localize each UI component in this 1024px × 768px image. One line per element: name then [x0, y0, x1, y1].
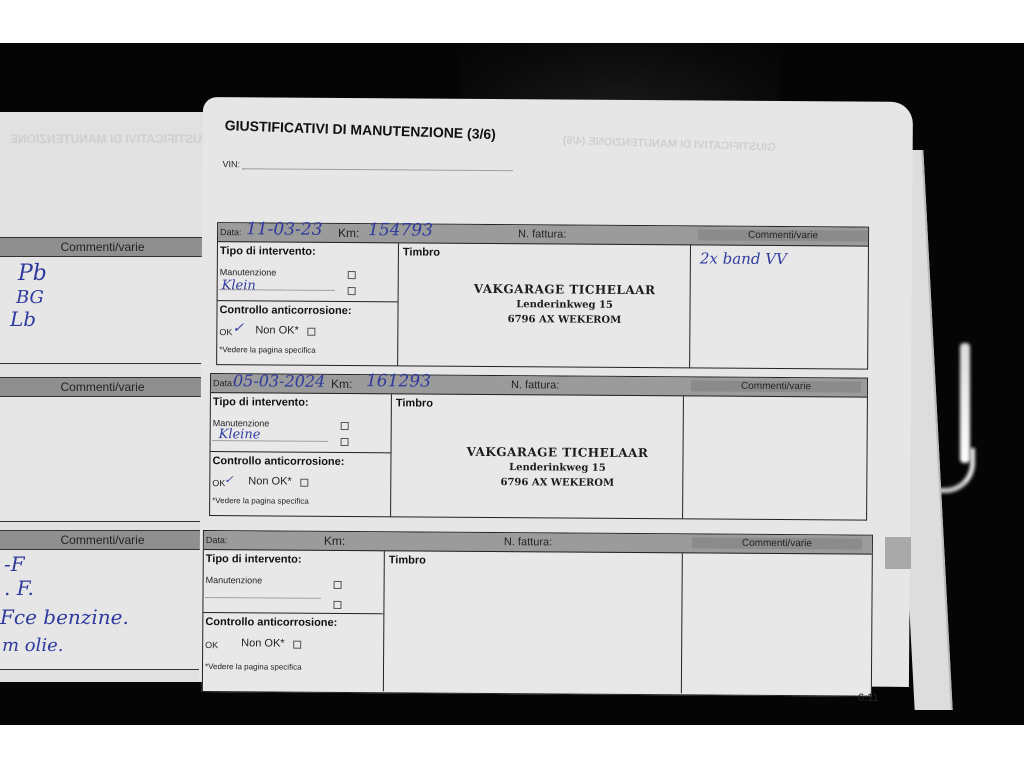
km-value: 154793 [368, 220, 433, 240]
checkbox [333, 601, 341, 609]
km-value: 161293 [366, 371, 431, 391]
date-label: Data: [206, 535, 228, 545]
corrosion-control-label: Controllo anticorrosione: [219, 304, 351, 317]
intervention-type-label: Tipo di intervento: [206, 553, 302, 566]
non-ok-label: Non OK* [255, 324, 299, 336]
checkbox [300, 479, 308, 487]
stamp-label: Timbro [389, 554, 426, 566]
ok-label: OK [219, 327, 232, 337]
car-interior-light [960, 343, 970, 463]
comment-value: 2x band VV [700, 249, 787, 268]
check-mark: ✓ [232, 320, 244, 336]
page-number: 6.11 [858, 692, 879, 704]
maintenance-record-3: Data: Km: N. fattura: Commenti/varie Tip… [202, 530, 873, 697]
maintenance-label: Manutenzione [206, 575, 263, 585]
checkbox [307, 328, 315, 336]
page-title: GIUSTIFICATIVI DI MANUTENZIONE (3/6) [225, 117, 497, 142]
vin-label: VIN: [222, 159, 240, 169]
handwritten-note: Pb [18, 261, 47, 286]
section-tab-marker [885, 537, 911, 569]
date-label: Data: [220, 227, 242, 237]
comment-header: Commenti/varie [0, 238, 205, 257]
ghost-title: GIUSTIFICATIVI DI MANUTENZIONE (4/6) [563, 135, 776, 154]
invoice-number-label: N. fattura: [504, 536, 552, 548]
vin-field [242, 168, 512, 171]
checkbox [348, 287, 356, 295]
left-comment-table-2: Commenti/varie [0, 377, 206, 522]
stamp-label: Timbro [403, 246, 440, 258]
comment-header: Commenti/varie [698, 229, 868, 241]
left-page: GIUSTIFICATIVI DI MANUTENZIONE Commenti/… [0, 112, 226, 682]
left-comment-table-1: Commenti/varie Pb BG Lb [0, 237, 206, 364]
checkbox [341, 438, 349, 446]
maintenance-record-1: Data: 11-03-23 Km: 154793 N. fattura: Co… [216, 222, 869, 370]
ok-label: OK [205, 640, 218, 650]
footnote: *Vedere la pagina specifica [212, 496, 309, 506]
handwritten-note: BG [16, 287, 44, 308]
right-page: GIUSTIFICATIVI DI MANUTENZIONE (3/6) GIU… [199, 97, 913, 687]
km-label: Km: [331, 377, 352, 391]
invoice-number-label: N. fattura: [511, 379, 559, 391]
footnote: *Vedere la pagina specifica [219, 345, 316, 355]
handwritten-note: . F. [4, 576, 34, 600]
dotted-line [206, 597, 321, 599]
intervention-note: Klein [222, 278, 256, 293]
comment-header: Commenti/varie [691, 380, 861, 392]
comment-header: Commenti/varie [0, 531, 205, 550]
km-label: Km: [338, 226, 359, 240]
checkbox [293, 641, 301, 649]
checkbox [341, 422, 349, 430]
km-label: Km: [324, 534, 345, 548]
checkbox [334, 581, 342, 589]
comment-header: Commenti/varie [0, 378, 205, 397]
date-value: 11-03-23 [246, 219, 323, 240]
maintenance-record-2: Data: 05-03-2024 Km: 161293 N. fattura: … [209, 373, 868, 521]
footnote: *Vedere la pagina specifica [205, 662, 302, 672]
non-ok-label: Non OK* [248, 475, 292, 487]
maintenance-label: Manutenzione [220, 267, 277, 277]
intervention-type-label: Tipo di intervento: [220, 245, 316, 258]
stamp-label: Timbro [396, 397, 433, 409]
invoice-number-label: N. fattura: [518, 228, 566, 240]
garage-stamp: VAKGARAGE TICHELAAR Lenderinkweg 15 6796… [437, 445, 677, 492]
left-ghost-title: GIUSTIFICATIVI DI MANUTENZIONE [10, 132, 214, 146]
garage-stamp: VAKGARAGE TICHELAAR Lenderinkweg 15 6796… [444, 282, 684, 329]
handwritten-note: -F [4, 552, 25, 576]
handwritten-note: Fce benzine. [0, 605, 129, 629]
check-mark: ✓ [224, 473, 233, 486]
comment-header: Commenti/varie [692, 537, 862, 549]
date-value: 05-03-2024 [233, 371, 325, 391]
handwritten-note: Lb [10, 307, 36, 331]
non-ok-label: Non OK* [241, 637, 285, 649]
checkbox [348, 271, 356, 279]
intervention-type-label: Tipo di intervento: [213, 396, 309, 409]
left-comment-table-3: Commenti/varie -F . F. Fce benzine. m ol… [0, 530, 206, 670]
corrosion-control-label: Controllo anticorrosione: [205, 616, 337, 629]
date-label: Data: [213, 378, 235, 388]
corrosion-control-label: Controllo anticorrosione: [212, 455, 344, 468]
handwritten-note: m olie. [2, 635, 64, 656]
